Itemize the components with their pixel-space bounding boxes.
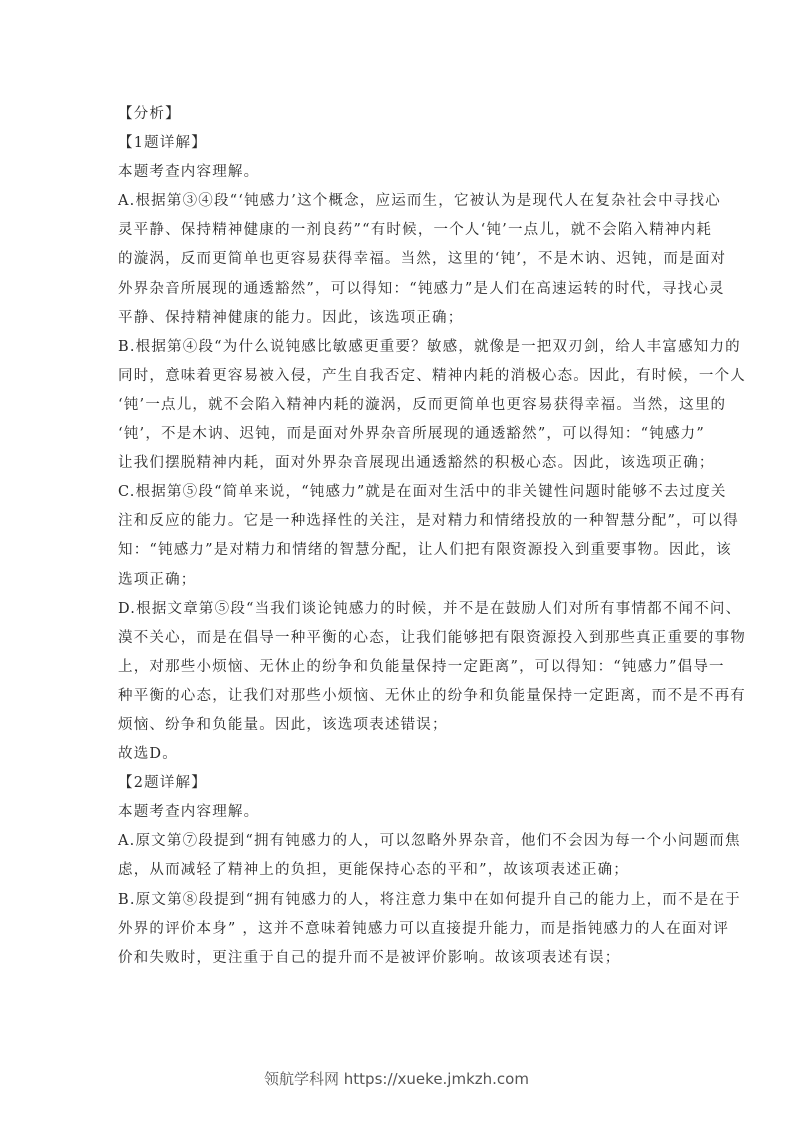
footer-watermark: 领航学科网 https://xueke.jmkzh.com	[0, 1068, 793, 1089]
option-b-line: ‘钝’一点儿，就不会陷入精神内耗的漩涡，反而更简单也更容易获得幸福。当然，这里的	[118, 395, 678, 424]
option-d-line: 漠不关心，而是在倡导一种平衡的心态，让我们能够把有限资源投入到那些真正重要的事物	[118, 628, 678, 657]
option-a-line: 平静、保持精神健康的能力。因此，该选项正确；	[118, 308, 678, 337]
q2-option-a-line: 虑，从而减轻了精神上的负担，更能保持心态的平和”，故该项表述正确；	[118, 860, 678, 889]
question-1-heading: 【1题详解】	[118, 133, 678, 162]
option-a-line: 的漩涡，反而更简单也更容易获得幸福。当然，这里的‘钝’，不是木讷、迟钝，而是面对	[118, 249, 678, 278]
option-b-line: 同时，意味着更容易被入侵，产生自我否定、精神内耗的消极心态。因此，有时候，一个人	[118, 366, 678, 395]
question-2-intro: 本题考查内容理解。	[118, 802, 678, 831]
q2-option-a-line: A.原文第⑦段提到“拥有钝感力的人，可以忽略外界杂音，他们不会因为每一个小问题而…	[118, 831, 678, 860]
option-d-line: 上，对那些小烦恼、无休止的纷争和负能量保持一定距离”，可以得知：“钝感力”倡导一	[118, 657, 678, 686]
option-c-line: C.根据第⑤段“简单来说，“钝感力”就是在面对生活中的非关键性问题时能够不去过度…	[118, 482, 678, 511]
option-d-line: 烦恼、纷争和负能量。因此，该选项表述错误；	[118, 715, 678, 744]
q2-option-b-line: 价和失败时，更注重于自己的提升而不是被评价影响。故该项表述有误；	[118, 948, 678, 977]
question-1-intro: 本题考查内容理解。	[118, 162, 678, 191]
option-b-line: B.根据第④段“为什么说钝感比敏感更重要？敏感，就像是一把双刃剑，给人丰富感知力…	[118, 337, 678, 366]
option-c-line: 注和反应的能力。它是一种选择性的关注，是对精力和情绪投放的一种智慧分配”，可以得	[118, 511, 678, 540]
option-a-line: 灵平静、保持精神健康的一剂良药”“有时候，一个人‘钝’一点儿，就不会陷入精神内耗	[118, 220, 678, 249]
q2-option-b-line: 外界的评价本身” ，这并不意味着钝感力可以直接提升能力，而是指钝感力的人在面对评	[118, 919, 678, 948]
document-body: 【分析】 【1题详解】 本题考查内容理解。 A.根据第③④段“‘钝感力’这个概念…	[118, 104, 678, 977]
option-b-line: ‘钝’，不是木讷、迟钝，而是面对外界杂音所展现的通透豁然”，可以得知：“钝感力”	[118, 424, 678, 453]
option-a-line: A.根据第③④段“‘钝感力’这个概念，应运而生，它被认为是现代人在复杂社会中寻找…	[118, 191, 678, 220]
option-d-line: 种平衡的心态，让我们对那些小烦恼、无休止的纷争和负能量保持一定距离，而不是不再有	[118, 686, 678, 715]
option-d-line: D.根据文章第⑤段“当我们谈论钝感力的时候，并不是在鼓励人们对所有事情都不闻不问…	[118, 599, 678, 628]
answer-line: 故选D。	[118, 744, 678, 773]
option-c-line: 知：“钝感力”是对精力和情绪的智慧分配，让人们把有限资源投入到重要事物。因此，该	[118, 540, 678, 569]
option-a-line: 外界杂音所展现的通透豁然”，可以得知：“钝感力”是人们在高速运转的时代，寻找心灵	[118, 279, 678, 308]
q2-option-b-line: B.原文第⑧段提到“拥有钝感力的人，将注意力集中在如何提升自己的能力上，而不是在…	[118, 890, 678, 919]
option-b-line: 让我们摆脱精神内耗，面对外界杂音展现出通透豁然的积极心态。因此，该选项正确；	[118, 453, 678, 482]
option-c-line: 选项正确；	[118, 570, 678, 599]
question-2-heading: 【2题详解】	[118, 773, 678, 802]
section-heading-analysis: 【分析】	[118, 104, 678, 133]
